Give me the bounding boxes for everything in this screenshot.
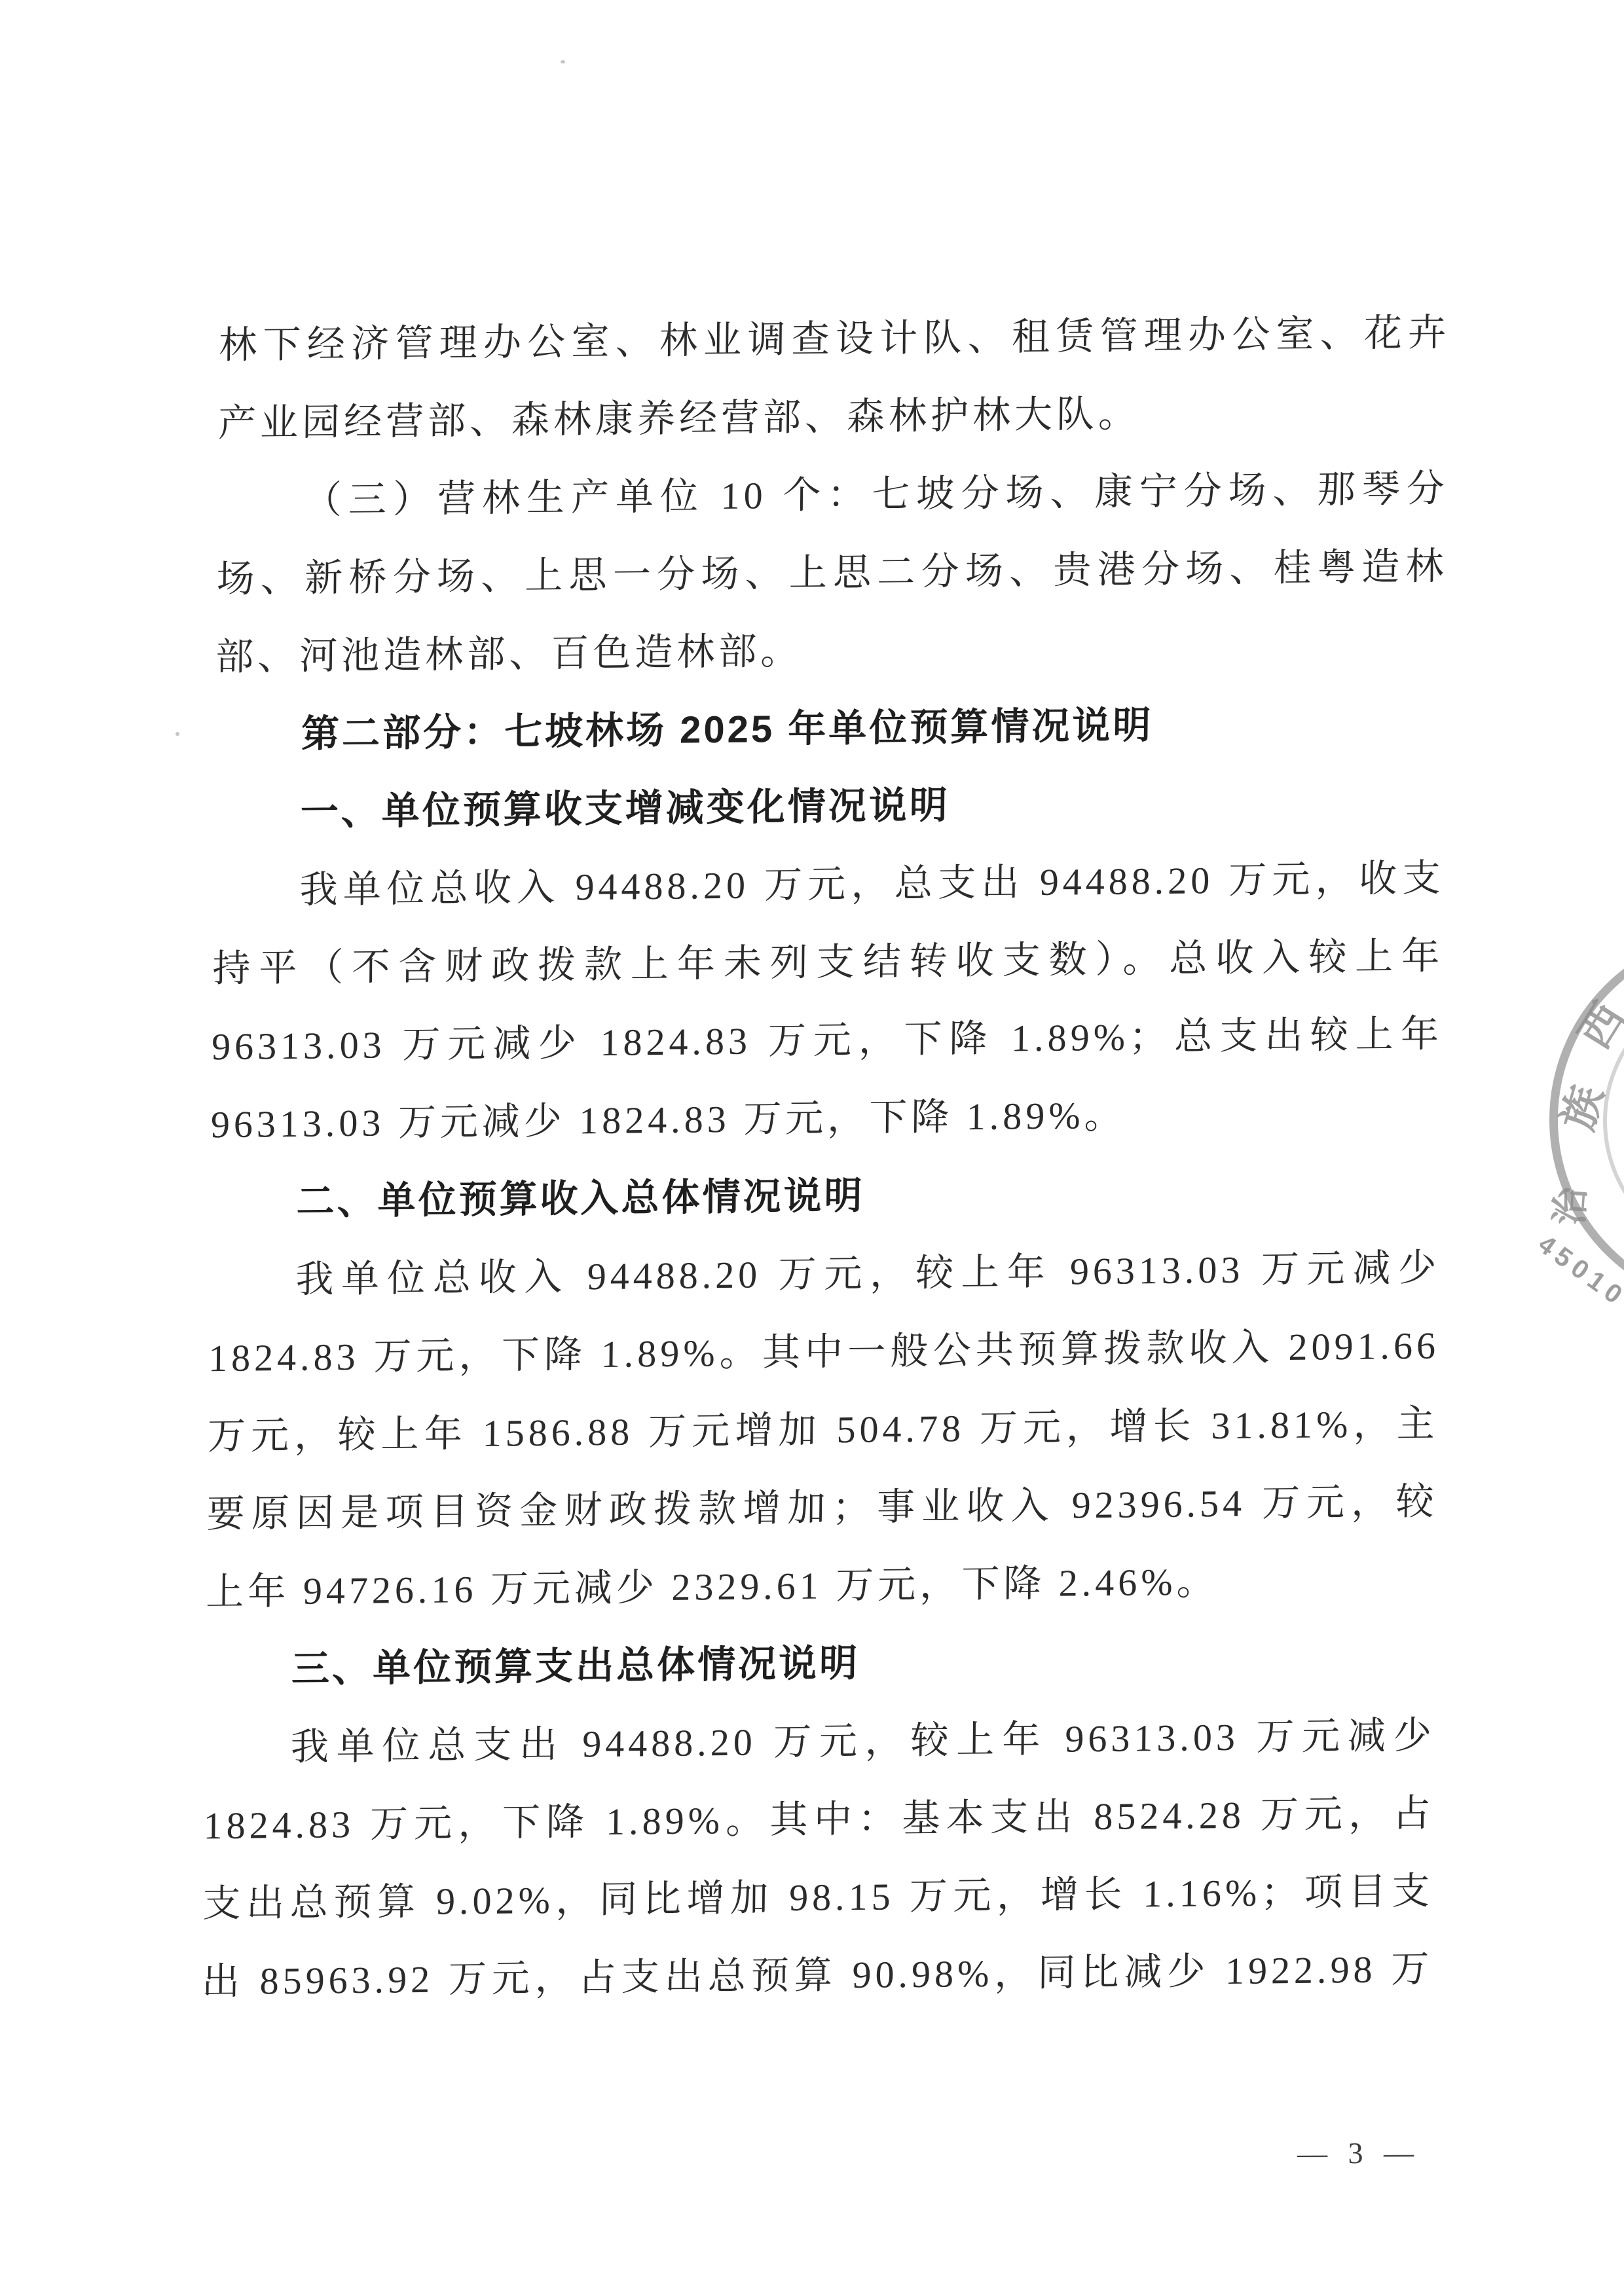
body-text-line: 我单位总收入 94488.20 万元，总支出 94488.20 万元，收支 <box>213 839 1445 930</box>
body-text-line: 出 85963.92 万元，占支出总预算 90.98%，同比减少 1922.98… <box>202 1930 1433 2021</box>
body-text-line: （三）营林生产单位 10 个：七坡分场、康宁分场、那琴分 <box>217 449 1449 540</box>
seal-ring-character: 西 <box>1560 989 1624 1058</box>
body-text-line: 我单位总支出 94488.20 万元，较上年 96313.03 万元减少 <box>204 1696 1435 1787</box>
seal-outer-ring <box>1549 930 1624 1309</box>
document-page: 林下经济管理办公室、林业调查设计队、租赁管理办公室、花卉产业园经营部、森林康养经… <box>0 0 1624 2296</box>
heading-line: 一、单位预算收支增减变化情况说明 <box>213 761 1445 852</box>
body-text-line: 要原因是项目资金财政拨款增加；事业收入 92396.54 万元，较 <box>206 1463 1438 1554</box>
scan-speck <box>175 732 179 736</box>
body-text-line: 96313.03 万元减少 1824.83 万元，下降 1.89%；总支出较上年 <box>212 994 1443 1085</box>
text-column: 林下经济管理办公室、林业调查设计队、租赁管理办公室、花卉产业园经营部、森林康养经… <box>202 293 1450 2020</box>
body-text-line: 1824.83 万元，下降 1.89%。其中：基本支出 8524.28 万元，占 <box>203 1774 1435 1865</box>
body-text-line: 96313.03 万元减少 1824.83 万元，下降 1.89%。 <box>210 1073 1442 1164</box>
seal-inner-ring <box>1603 982 1624 1260</box>
body-text-line: 林下经济管理办公室、林业调查设计队、租赁管理办公室、花卉 <box>219 293 1450 384</box>
body-text-line: 1824.83 万元，下降 1.89%。其中一般公共预算拨款收入 2091.66 <box>208 1307 1440 1398</box>
heading-line: 第二部分：七坡林场 2025 年单位预算情况说明 <box>215 683 1447 774</box>
seal-code-digits: 45010 <box>1540 1230 1624 1313</box>
official-seal-stamp: 西 族 治 45010 <box>1540 922 1624 1328</box>
body-text-line: 持平（不含财政拨款上年未列支结转收支数）。总收入较上年 <box>212 917 1444 1008</box>
body-text-line: 场、新桥分场、上思一分场、上思二分场、贵港分场、桂粤造林 <box>216 527 1448 618</box>
scan-speck <box>561 60 565 64</box>
heading-line: 二、单位预算收入总体情况说明 <box>210 1151 1441 1242</box>
body-text-line: 产业园经营部、森林康养经营部、森林护林大队。 <box>218 371 1450 462</box>
seal-ring-character: 族 <box>1543 1078 1615 1137</box>
body-text-line: 我单位总收入 94488.20 万元，较上年 96313.03 万元减少 <box>209 1229 1441 1320</box>
body-text-line: 万元，较上年 1586.88 万元增加 504.78 万元，增长 31.81%，… <box>207 1385 1439 1476</box>
heading-line: 三、单位预算支出总体情况说明 <box>205 1618 1437 1709</box>
body-text-line: 支出总预算 9.02%，同比增加 98.15 万元，增长 1.16%；项目支 <box>202 1852 1434 1943</box>
body-text-line: 部、河池造林部、百色造林部。 <box>215 605 1447 696</box>
seal-ring-character: 治 <box>1540 1185 1596 1227</box>
body-text-line: 上年 94726.16 万元减少 2329.61 万元，下降 2.46%。 <box>206 1540 1437 1631</box>
page-number: — 3 — <box>1280 2135 1437 2171</box>
